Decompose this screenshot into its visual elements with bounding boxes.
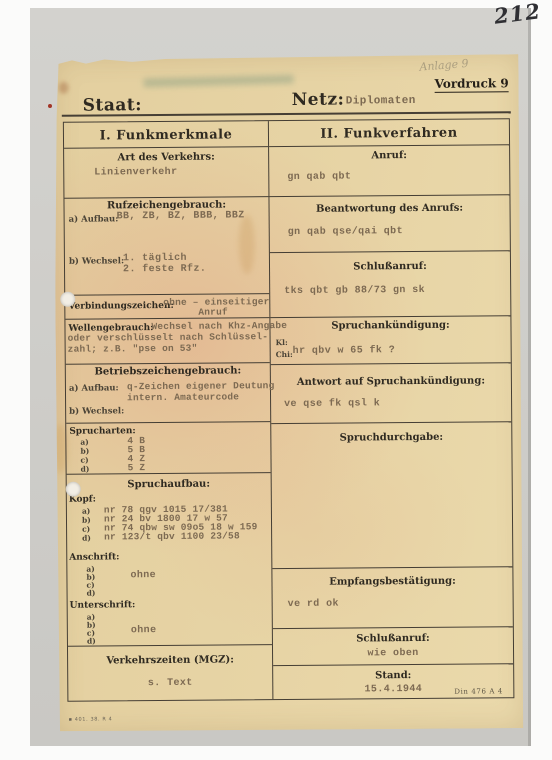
cell-beantwortung: Beantwortung des Anrufs: gn qab qse/qai …: [269, 195, 509, 253]
chi-value: hr qbv w 65 fk ?: [293, 345, 396, 357]
cell-schlussanruf-2: Schlußanruf: wie oben: [273, 627, 513, 666]
verbindungszeichen-label: Verbindungszeichen:: [68, 301, 174, 312]
aufbau-value: BB, ZB, BZ, BBB, BBZ: [117, 210, 245, 222]
stand-label: Stand:: [273, 669, 513, 682]
cell-spruchankuendigung: Spruchankündigung: Kl: Chi: hr qbv w 65 …: [270, 316, 510, 365]
wechsel-label: b) Wechsel:: [69, 256, 124, 266]
cell-empfangsbestaetigung: Empfangsbestätigung: ve rd ok: [272, 567, 512, 629]
schlussanruf-value: tks qbt gb 88/73 gn sk: [284, 285, 425, 297]
anruf-label: Anruf:: [269, 149, 509, 162]
sprucharten-title: Sprucharten:: [69, 426, 136, 437]
unterschrift-label: Unterschrift:: [70, 600, 136, 611]
right-header-cell: II. Funkverfahren: [269, 119, 509, 147]
aufbau-label: a) Aufbau:: [69, 214, 119, 224]
cell-antwort-spruchankuendigung: Antwort auf Spruchankündigung: ve qse fk…: [271, 363, 511, 424]
right-column: II. Funkverfahren Anruf: gn qab qbt Bean…: [269, 119, 514, 699]
kopf-value-d: nr 123/t qbv 1100 23/58: [104, 530, 240, 542]
left-column-title: I. Funkmerkmale: [64, 127, 268, 144]
cell-betriebszeichengebrauch: Betriebszeichengebrauch: a) Aufbau: q-Ze…: [66, 363, 270, 424]
empfangsbestaetigung-label: Empfangsbestätigung:: [272, 575, 512, 588]
punch-hole-bottom: [66, 482, 81, 497]
art-des-verkehrs-value: Linienverkehr: [94, 167, 177, 179]
wellengebrauch-value-3: zahl; z.B. "pse on 53": [68, 343, 198, 355]
kopf-key-c: c): [82, 525, 90, 534]
photo-frame: 212 Anlage 9 Vordruck 9 Staat: Netz: Dip…: [0, 0, 552, 760]
handwritten-page-number: 212: [493, 0, 543, 29]
right-column-title: II. Funkverfahren: [269, 125, 509, 142]
antwort-value: ve qse fk qsl k: [284, 398, 380, 410]
cell-anruf: Anruf: gn qab qbt: [269, 145, 509, 197]
spruchaufbau-title: Spruchaufbau:: [67, 478, 271, 491]
paper-size-mark: Din 476 A 4: [454, 687, 503, 695]
schlussanruf-2-label: Schlußanruf:: [273, 632, 513, 645]
art-des-verkehrs-label: Art des Verkehrs:: [64, 151, 268, 164]
cell-schlussanruf-1: Schlußanruf: tks qbt gb 88/73 gn sk: [270, 251, 511, 318]
form-table: I. Funkmerkmale Art des Verkehrs: Linien…: [63, 118, 515, 701]
left-column: I. Funkmerkmale Art des Verkehrs: Linien…: [64, 121, 274, 701]
netz-value: Diplomaten: [346, 95, 416, 108]
sprucharten-key-c: c): [80, 456, 88, 465]
kopf-key-d: d): [82, 534, 91, 543]
verkehrszeiten-value: s. Text: [68, 677, 272, 690]
spruchankuendigung-label: Spruchankündigung:: [270, 319, 510, 332]
kopf-key-b: b): [82, 516, 91, 525]
cell-verbindungszeichen: Verbindungszeichen: ohne – einseitiger A…: [65, 294, 269, 320]
faded-stamp-mark: [143, 75, 293, 88]
chi-label: Chi:: [276, 350, 293, 359]
form-number-badge: Vordruck 9: [435, 76, 509, 93]
cell-verkehrszeiten: Verkehrszeiten (MGZ): s. Text: [68, 645, 272, 703]
kl-label: Kl:: [276, 338, 288, 347]
netz-label: Netz:: [292, 90, 345, 110]
wellengebrauch-value-2: oder verschlüsselt nach Schlüssel-: [68, 331, 269, 344]
aufbau-value-1: q-Zeichen eigener Deutung: [127, 380, 275, 392]
paper-stain: [59, 82, 69, 94]
sprucharten-key-a: a): [80, 438, 88, 447]
cell-wellengebrauch: Wellengebrauch: Wechsel nach Khz-Angabe …: [65, 318, 269, 365]
aufbau-label: a) Aufbau:: [69, 383, 119, 393]
schlussanruf-2-value: wie oben: [273, 647, 513, 660]
cell-rufzeichengebrauch: Rufzeichengebrauch: a) Aufbau: BB, ZB, B…: [64, 197, 269, 296]
sprucharten-key-d: d): [81, 465, 90, 474]
unterschrift-key-d: d): [87, 637, 96, 646]
anruf-value: gn qab qbt: [287, 172, 351, 184]
beantwortung-value: gn qab qse/qai qbt: [288, 226, 403, 238]
beantwortung-label: Beantwortung des Anrufs:: [270, 202, 510, 215]
kopf-key-a: a): [82, 507, 90, 516]
wechsel-value-2: 2. feste Rfz.: [123, 264, 206, 276]
anschrift-value: ohne: [130, 570, 156, 581]
cell-sprucharten: Sprucharten: a) 4 B b) 5 B c) 4 Z d) 5 Z: [66, 422, 270, 475]
verbindungszeichen-value-2: Anruf: [198, 306, 228, 317]
schlussanruf-label: Schlußanruf:: [270, 260, 510, 273]
staat-label: Staat:: [83, 95, 142, 115]
aufbau-value-2: intern. Amateurcode: [127, 391, 239, 403]
punch-hole-top: [60, 292, 75, 307]
anschrift-label: Anschrift:: [69, 552, 119, 562]
sprucharten-value-d: 5 Z: [128, 462, 146, 473]
wechsel-value-1: 1. täglich: [123, 253, 187, 265]
left-header-cell: I. Funkmerkmale: [64, 121, 268, 149]
cell-stand: Stand: 15.4.1944: [273, 664, 513, 701]
cell-spruchaufbau: Spruchaufbau: Kopf: a) nr 78 qgv 1015 17…: [67, 473, 272, 647]
wechsel-label: b) Wechsel:: [69, 406, 124, 416]
document-paper: Anlage 9 Vordruck 9 Staat: Netz: Diploma…: [53, 54, 523, 732]
verkehrszeiten-label: Verkehrszeiten (MGZ):: [68, 654, 272, 667]
red-ink-speck: [48, 104, 52, 108]
cell-art-des-verkehrs: Art des Verkehrs: Linienverkehr: [64, 147, 268, 199]
anschrift-key-d: d): [87, 589, 96, 598]
cell-spruchdurchgabe: Spruchdurchgabe:: [271, 422, 512, 569]
betriebszeichengebrauch-title: Betriebszeichengebrauch:: [66, 365, 270, 378]
print-mark-left: ▪ 401. 38. R 4: [69, 716, 113, 722]
empfangsbestaetigung-value: ve rd ok: [288, 599, 339, 610]
antwort-label: Antwort auf Spruchankündigung:: [271, 375, 511, 388]
pencil-annotation: Anlage 9: [419, 57, 469, 74]
sprucharten-key-b: b): [80, 447, 89, 456]
spruchdurchgabe-label: Spruchdurchgabe:: [271, 431, 511, 444]
unterschrift-value: ohne: [131, 625, 157, 636]
